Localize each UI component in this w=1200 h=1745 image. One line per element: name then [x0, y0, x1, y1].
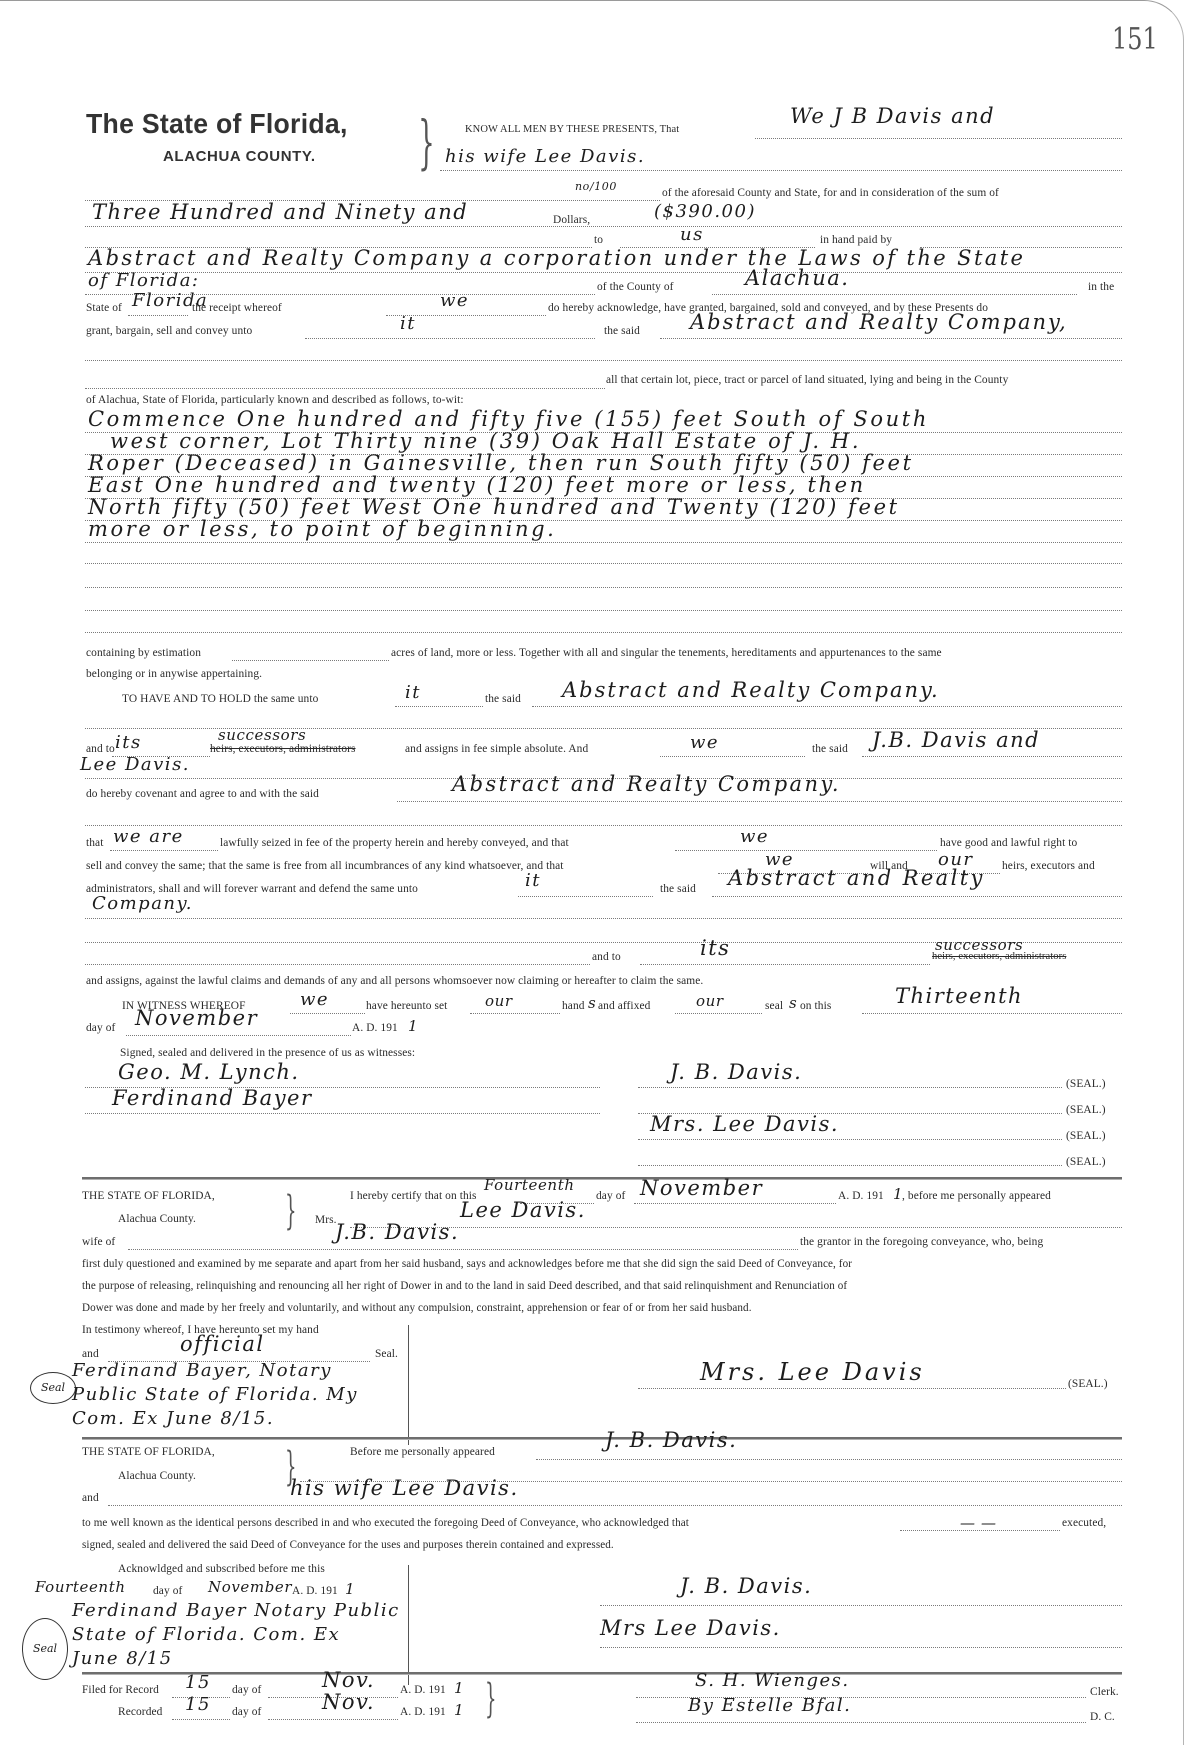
- ack-appeared-value[interactable]: J. B. Davis.: [605, 1428, 737, 1452]
- ack-county-label: Alachua County.: [118, 1470, 196, 1482]
- hand-suffix[interactable]: s: [588, 994, 596, 1012]
- legal-description-line[interactable]: more or less, to point of beginning.: [88, 517, 556, 541]
- ack-signature[interactable]: J. B. Davis.: [680, 1574, 812, 1598]
- all-that-label: all that certain lot, piece, tract or pa…: [606, 374, 1008, 386]
- heirs-struck-text-2: heirs, executors, administrators: [932, 951, 1066, 962]
- ad-label: A. D. 191: [352, 1022, 398, 1034]
- fee-simple-text: and assigns in fee simple absolute. And: [405, 743, 588, 755]
- notary-line[interactable]: Public State of Florida. My: [72, 1384, 358, 1405]
- ack-notary-line[interactable]: June 8/15: [72, 1648, 173, 1669]
- grantors-line1[interactable]: We J B Davis and: [790, 104, 995, 128]
- grantor-signature[interactable]: Mrs. Lee Davis.: [650, 1112, 839, 1136]
- ack-body-line1: to me well known as the identical person…: [82, 1517, 689, 1529]
- dower-ad-label: A. D. 191: [838, 1190, 884, 1202]
- dower-county-label: Alachua County.: [118, 1213, 196, 1225]
- heirs-struck-text: heirs, executors, administrators: [210, 743, 356, 755]
- dower-brace: }: [285, 1188, 296, 1234]
- in-witness-value[interactable]: we: [300, 989, 329, 1010]
- and-to-value[interactable]: its: [115, 732, 142, 753]
- dower-body-line: Dower was done and made by her freely an…: [82, 1302, 752, 1314]
- witness-signature[interactable]: Geo. M. Lynch.: [118, 1060, 300, 1084]
- ack-day-value[interactable]: Fourteenth: [35, 1578, 126, 1596]
- seal-text: (SEAL.): [1066, 1104, 1106, 1116]
- notary-seal-stamp: Seal: [30, 1372, 76, 1404]
- and-value[interactable]: we: [690, 732, 719, 753]
- know-all-label: KNOW ALL MEN BY THESE PRESENTS, That: [465, 124, 679, 135]
- to-value[interactable]: us: [680, 224, 704, 245]
- affixed-label: and affixed: [598, 1000, 650, 1012]
- recorded-year-digit[interactable]: 1: [454, 1701, 464, 1719]
- dower-body-line: the purpose of releasing, relinquishing …: [82, 1280, 847, 1292]
- grant-said-value[interactable]: Abstract and Realty Company,: [690, 310, 1068, 334]
- admins-said-value-2[interactable]: Company.: [92, 893, 193, 914]
- official-value[interactable]: official: [180, 1332, 265, 1356]
- the-said-label: the said: [604, 325, 640, 337]
- dower-state-label: THE STATE OF FLORIDA,: [82, 1190, 215, 1202]
- and-to-label-2: and to: [592, 951, 621, 963]
- grantor-said-value[interactable]: J.B. Davis and: [872, 728, 1040, 752]
- good-right-text: have good and lawful right to: [940, 837, 1077, 849]
- ack-ad-label: A. D. 191: [292, 1585, 338, 1597]
- witness-signature[interactable]: Ferdinand Bayer: [112, 1086, 313, 1110]
- in-the-label: in the: [1088, 281, 1114, 293]
- filing-brace: }: [485, 1676, 496, 1722]
- dc-label: D. C.: [1090, 1711, 1115, 1723]
- testimony-and-label: and: [82, 1348, 99, 1360]
- of-alachua-label: of Alachua, State of Florida, particular…: [86, 394, 464, 406]
- lawfully-text: lawfully seized in fee of the property h…: [220, 837, 569, 849]
- signed-sealed-text: Signed, sealed and delivered in the pres…: [120, 1047, 415, 1059]
- successors-value[interactable]: successors: [218, 726, 306, 744]
- hand-label: hand: [562, 1000, 585, 1012]
- ack-body-line1-value[interactable]: — —: [960, 1514, 997, 1532]
- the-said-label-3: the said: [812, 743, 848, 755]
- and-to-value-2[interactable]: its: [700, 936, 730, 960]
- ack-month-value[interactable]: November: [208, 1578, 292, 1596]
- legal-description-line[interactable]: North fifty (50) feet West One hundred a…: [88, 495, 900, 519]
- county-value[interactable]: Alachua.: [745, 266, 849, 290]
- day-of-label: day of: [86, 1022, 115, 1034]
- to-have-label: TO HAVE AND TO HOLD the same unto: [122, 693, 318, 705]
- dower-body-line: first duly questioned and examined by me…: [82, 1258, 852, 1270]
- wife-of-value[interactable]: J.B. Davis.: [335, 1220, 459, 1244]
- section-divider: [82, 1437, 1122, 1440]
- ack-state-label: THE STATE OF FLORIDA,: [82, 1446, 215, 1458]
- covenant-value[interactable]: Abstract and Realty Company.: [452, 772, 841, 796]
- section-divider: [82, 1177, 1122, 1180]
- section-divider: [82, 1672, 1122, 1675]
- recorded-label: Recorded: [118, 1706, 162, 1718]
- header-brace: }: [418, 108, 435, 176]
- that-label: that: [86, 837, 103, 849]
- recorded-month-value[interactable]: Nov.: [322, 1690, 375, 1714]
- receipt-value[interactable]: we: [440, 290, 469, 311]
- ack-body-line2: signed, sealed and delivered the said De…: [82, 1539, 614, 1551]
- county-title: ALACHUA COUNTY.: [163, 148, 316, 165]
- ack-and-label: and: [82, 1492, 99, 1504]
- dower-seal-text: (SEAL.): [1068, 1378, 1108, 1390]
- receipt-label: the receipt whereof: [192, 302, 282, 314]
- filed-label: Filed for Record: [82, 1684, 159, 1696]
- legal-description-line[interactable]: Roper (Deceased) in Gainesville, then ru…: [88, 451, 914, 475]
- recorded-day-value[interactable]: 15: [185, 1694, 211, 1715]
- mrs-value[interactable]: Lee Davis.: [460, 1198, 586, 1222]
- ack-and-value[interactable]: his wife Lee Davis.: [290, 1476, 519, 1500]
- ack-notary-bracket: [408, 1565, 410, 1685]
- recorded-day-of-label: day of: [232, 1706, 261, 1718]
- ack-signature[interactable]: Mrs Lee Davis.: [600, 1616, 781, 1640]
- aforesaid-label: of the aforesaid County and State, for a…: [662, 187, 999, 199]
- witness-day-value[interactable]: Thirteenth: [895, 984, 1023, 1008]
- the-said-label-2: the said: [485, 693, 521, 705]
- legal-description-line[interactable]: Commence One hundred and fifty five (155…: [88, 407, 929, 431]
- seal-label: seal: [765, 1000, 783, 1012]
- lawfully-value[interactable]: we: [740, 826, 769, 847]
- grantor-signature[interactable]: J. B. Davis.: [670, 1060, 802, 1084]
- ack-before-me-text: Before me personally appeared: [350, 1446, 495, 1458]
- of-county-label: of the County of: [597, 281, 674, 293]
- legal-description-line[interactable]: East One hundred and twenty (120) feet m…: [88, 473, 866, 497]
- ack-notary-seal-stamp: Seal: [22, 1618, 68, 1680]
- filed-day-value[interactable]: 15: [185, 1672, 211, 1693]
- certify-text: I hereby certify that on this: [350, 1190, 477, 1202]
- ack-notary-line[interactable]: State of Florida. Com. Ex: [72, 1624, 340, 1645]
- grantors-line2[interactable]: his wife Lee Davis.: [445, 146, 645, 167]
- sell-convey-text: sell and convey the same; that the same …: [86, 860, 564, 872]
- wife-of-label: wife of: [82, 1236, 115, 1248]
- seal-text: (SEAL.): [1066, 1130, 1106, 1142]
- ack-notary-line[interactable]: Ferdinand Bayer Notary Public: [72, 1600, 400, 1621]
- on-this-label: on this: [800, 1000, 831, 1012]
- dower-month-value[interactable]: November: [640, 1176, 763, 1200]
- ack-year-digit[interactable]: 1: [345, 1580, 355, 1598]
- testimony-seal-label: Seal.: [375, 1348, 398, 1360]
- the-said-label-4: the said: [660, 883, 696, 895]
- grantee-line1[interactable]: Abstract and Realty Company a corporatio…: [88, 246, 1025, 270]
- dc-signature[interactable]: By Estelle Bfal.: [688, 1695, 851, 1716]
- grantor-said-value-2[interactable]: Lee Davis.: [80, 754, 190, 775]
- grantor-text: the grantor in the foregoing conveyance,…: [800, 1236, 1043, 1248]
- cents-label: no/100: [575, 180, 617, 193]
- seal-suffix[interactable]: s: [789, 994, 797, 1012]
- grant-text: grant, bargain, sell and convey unto: [86, 325, 252, 337]
- state-title: The State of Florida,: [86, 108, 348, 140]
- grantee-line2[interactable]: of Florida:: [88, 270, 199, 291]
- seal-text: (SEAL.): [1066, 1078, 1106, 1090]
- legal-description-line[interactable]: west corner, Lot Thirty nine (39) Oak Ha…: [110, 429, 861, 453]
- in-hand-paid-label: in hand paid by: [820, 234, 892, 246]
- acres-text: acres of land, more or less. Together wi…: [391, 647, 942, 659]
- before-me-text: , before me personally appeared: [902, 1190, 1051, 1202]
- admins-said-value[interactable]: Abstract and Realty: [728, 866, 985, 890]
- hand-value[interactable]: our: [485, 992, 513, 1010]
- amount-figures[interactable]: ($390.00): [654, 201, 756, 222]
- notary-line[interactable]: Com. Ex June 8/15.: [72, 1408, 274, 1429]
- containing-label: containing by estimation: [86, 647, 201, 659]
- notary-line[interactable]: Ferdinand Bayer, Notary: [72, 1360, 332, 1381]
- dower-signature[interactable]: Mrs. Lee Davis: [700, 1358, 925, 1386]
- covenant-text: do hereby covenant and agree to and with…: [86, 788, 319, 800]
- that-value[interactable]: we are: [113, 826, 184, 847]
- grant-unto-value[interactable]: it: [400, 313, 416, 334]
- heirs-exec-text: heirs, executors and: [1002, 860, 1095, 872]
- clerk-label: Clerk.: [1090, 1686, 1119, 1698]
- dower-day-value[interactable]: Fourteenth: [484, 1176, 575, 1194]
- filed-ad-label: A. D. 191: [400, 1684, 446, 1696]
- filed-year-digit[interactable]: 1: [454, 1679, 464, 1697]
- belonging-text: belonging or in anywise appertaining.: [86, 668, 262, 680]
- page-number: 151: [1112, 22, 1158, 57]
- witness-month-value[interactable]: November: [135, 1006, 258, 1030]
- to-label: to: [594, 234, 603, 246]
- subscribed-text: Acknowldged and subscribed before me thi…: [118, 1563, 325, 1575]
- hereunto-set-label: have hereunto set: [366, 1000, 447, 1012]
- assigns-text: and assigns, against the lawful claims a…: [86, 975, 703, 987]
- clerk-signature[interactable]: S. H. Wienges.: [695, 1670, 850, 1691]
- amount-words[interactable]: Three Hundred and Ninety and: [92, 200, 468, 224]
- dollars-label: Dollars,: [553, 214, 590, 226]
- state-of-label: State of: [86, 302, 122, 314]
- to-have-value[interactable]: it: [405, 682, 421, 703]
- filed-day-of-label: day of: [232, 1684, 261, 1696]
- recorded-ad-label: A. D. 191: [400, 1706, 446, 1718]
- to-have-said-value[interactable]: Abstract and Realty Company.: [562, 678, 940, 702]
- witness-year-digit[interactable]: 1: [408, 1017, 418, 1035]
- seal-text: (SEAL.): [1066, 1156, 1106, 1168]
- notary-bracket: [408, 1325, 410, 1445]
- dower-day-of-label: day of: [596, 1190, 625, 1202]
- seal-value[interactable]: our: [696, 992, 724, 1010]
- ack-day-of-label: day of: [153, 1585, 182, 1597]
- admins-value[interactable]: it: [525, 870, 541, 891]
- filed-month-value[interactable]: Nov.: [322, 1668, 375, 1692]
- mrs-label: Mrs.: [315, 1214, 337, 1226]
- executed-label: executed,: [1062, 1517, 1106, 1529]
